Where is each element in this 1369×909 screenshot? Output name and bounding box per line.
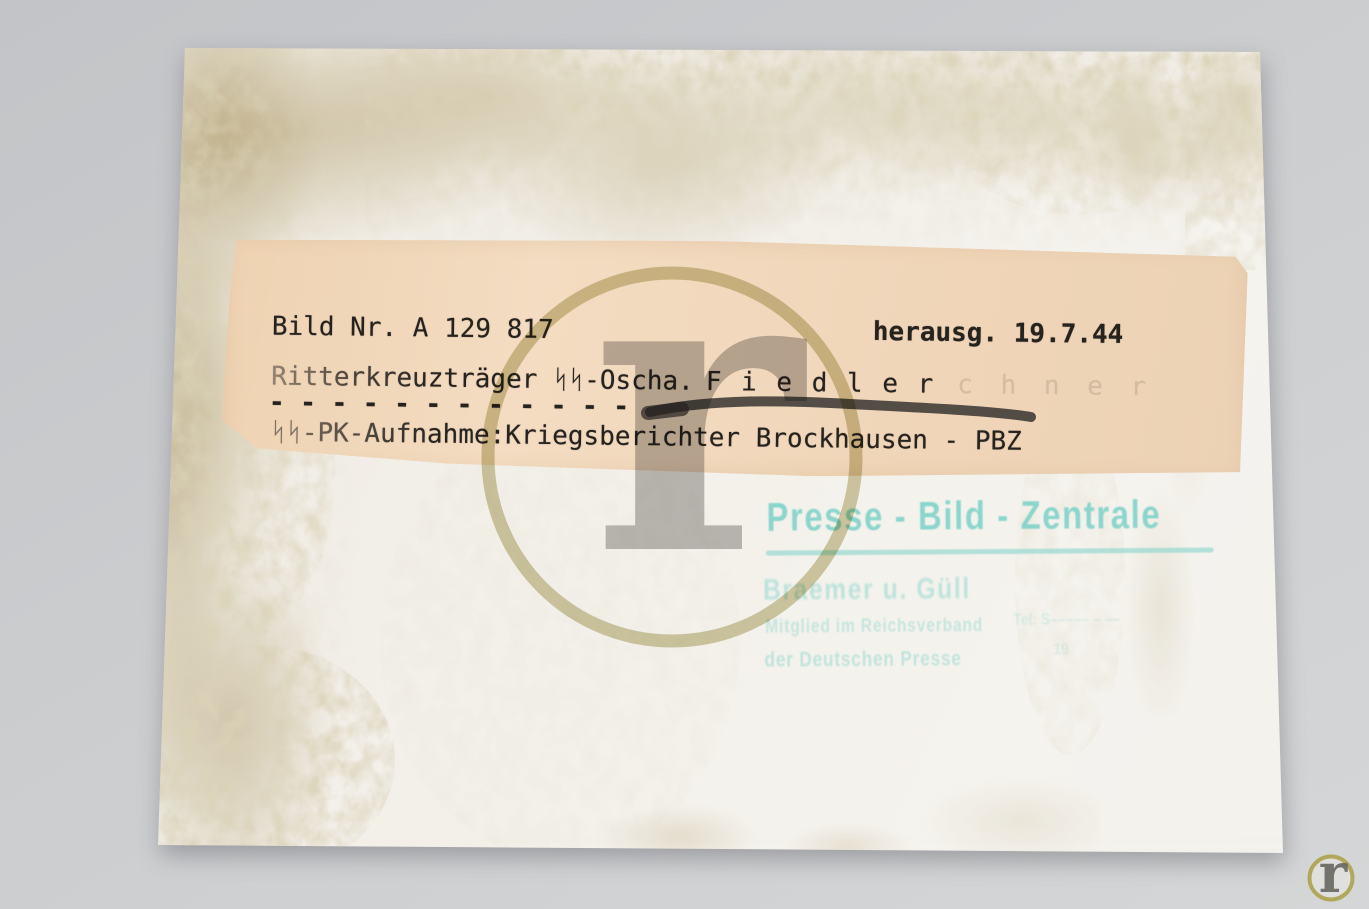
- auction-logo: r: [0, 0, 1369, 909]
- auction-logo-letter: r: [1319, 841, 1348, 905]
- photo-scene: Bild Nr. A 129 817 herausg. 19.7.44 Ritt…: [0, 0, 1369, 909]
